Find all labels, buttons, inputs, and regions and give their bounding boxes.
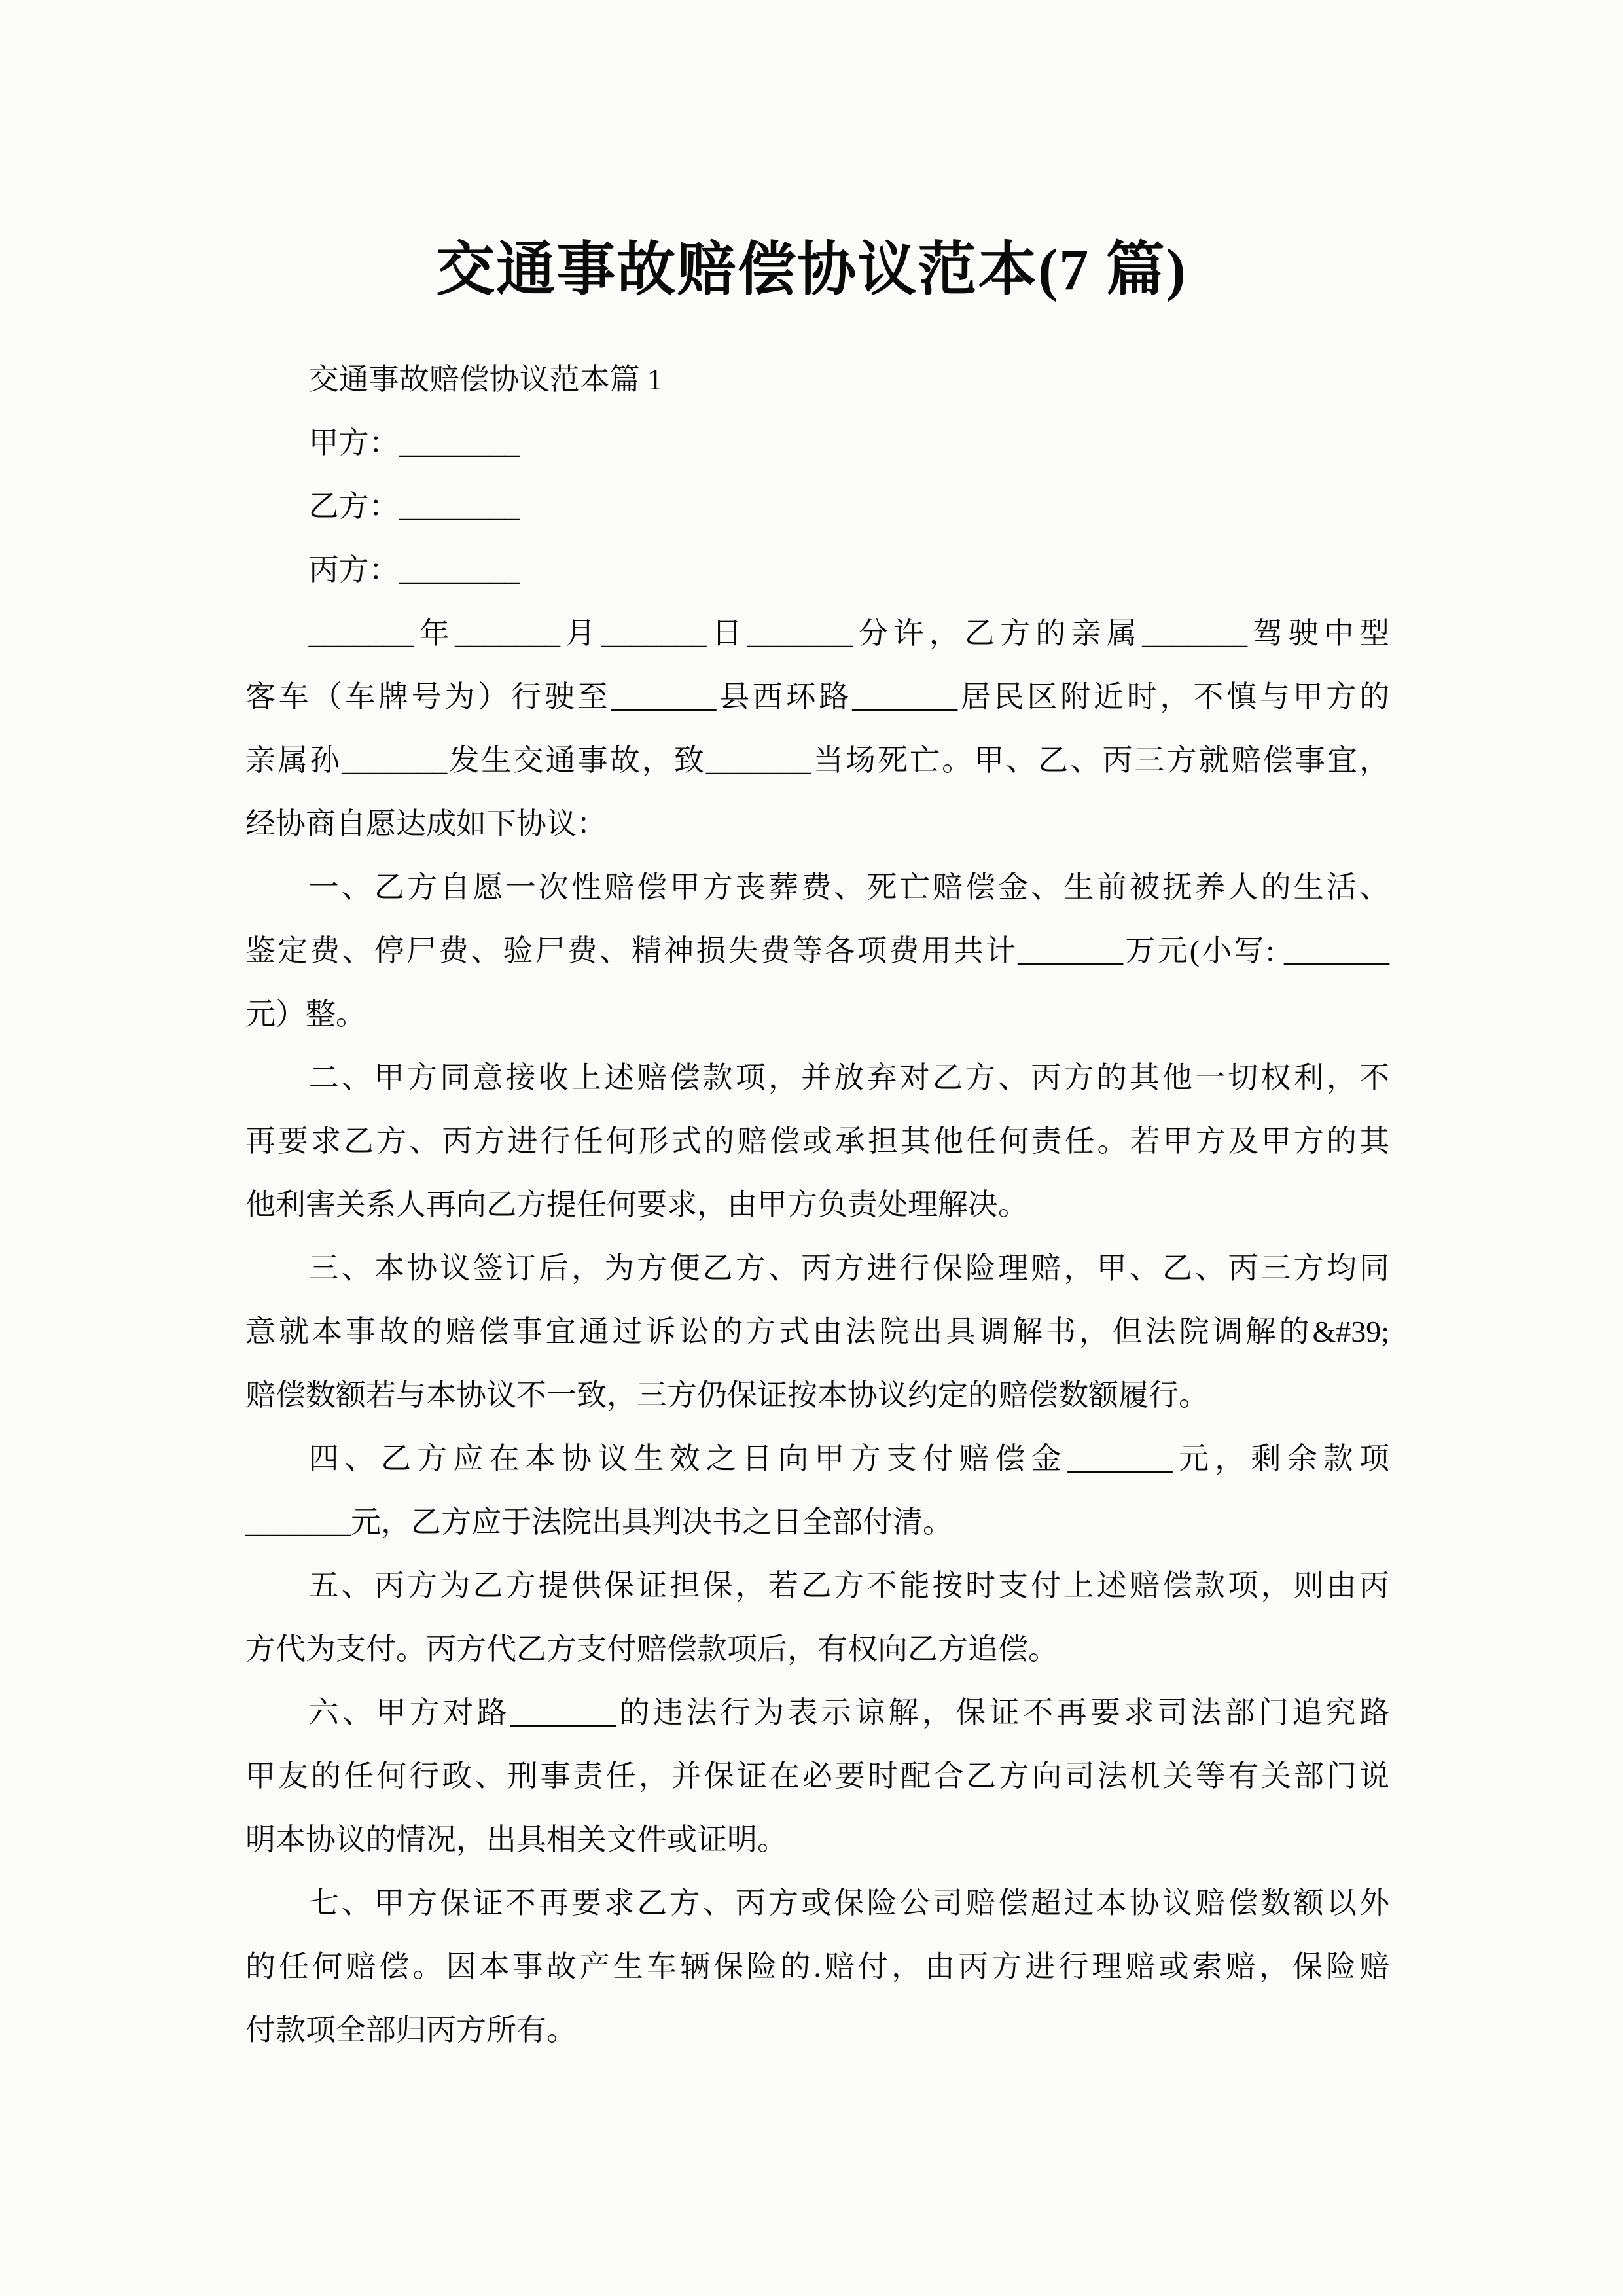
document-body: 交通事故赔偿协议范本篇 1 甲方：________ 乙方：________ 丙方… (245, 348, 1389, 2062)
party-c-line: 丙方：________ (245, 538, 1389, 601)
clause-5-line-2: 方代为支付。丙方代乙方支付赔偿款项后，有权向乙方追偿。 (245, 1617, 1389, 1681)
accident-desc-line-1: _______年_______月_______日_______分许，乙方的亲属_… (245, 601, 1389, 665)
clause-2-line-3: 他利害关系人再向乙方提任何要求，由甲方负责处理解决。 (245, 1173, 1389, 1236)
clause-3-line-3: 赔偿数额若与本协议不一致，三方仍保证按本协议约定的赔偿数额履行。 (245, 1363, 1389, 1427)
clause-3-line-1: 三、本协议签订后，为方便乙方、丙方进行保险理赔，甲、乙、丙三方均同 (245, 1236, 1389, 1300)
clause-7-line-3: 付款项全部归丙方所有。 (245, 1998, 1389, 2062)
accident-desc-line-4: 经协商自愿达成如下协议： (245, 792, 1389, 855)
clause-2-line-1: 二、甲方同意接收上述赔偿款项，并放弃对乙方、丙方的其他一切权利，不 (245, 1046, 1389, 1109)
clause-4-line-1: 四、乙方应在本协议生效之日向甲方支付赔偿金_______元，剩余款项 (245, 1427, 1389, 1490)
clause-6-line-1: 六、甲方对路_______的违法行为表示谅解，保证不再要求司法部门追究路 (245, 1681, 1389, 1744)
clause-2-line-2: 再要求乙方、丙方进行任何形式的赔偿或承担其他任何责任。若甲方及甲方的其 (245, 1109, 1389, 1173)
accident-desc-line-3: 亲属孙_______发生交通事故，致_______当场死亡。甲、乙、丙三方就赔偿… (245, 728, 1389, 792)
accident-desc-line-2: 客车（车牌号为）行驶至_______县西环路_______居民区附近时，不慎与甲… (245, 665, 1389, 728)
clause-1-line-1: 一、乙方自愿一次性赔偿甲方丧葬费、死亡赔偿金、生前被抚养人的生活、 (245, 855, 1389, 919)
page-title: 交通事故赔偿协议范本(7 篇) (0, 241, 1623, 300)
clause-7-line-2: 的任何赔偿。因本事故产生车辆保险的.赔付，由丙方进行理赔或索赔，保险赔 (245, 1935, 1389, 1998)
clause-5-line-1: 五、丙方为乙方提供保证担保，若乙方不能按时支付上述赔偿款项，则由丙 (245, 1554, 1389, 1617)
clause-1-line-2: 鉴定费、停尸费、验尸费、精神损失费等各项费用共计_______万元(小写: __… (245, 919, 1389, 982)
clause-1-line-3: 元）整。 (245, 982, 1389, 1046)
clause-7-line-1: 七、甲方保证不再要求乙方、丙方或保险公司赔偿超过本协议赔偿数额以外 (245, 1871, 1389, 1935)
clause-6-line-3: 明本协议的情况，出具相关文件或证明。 (245, 1808, 1389, 1871)
clause-3-line-2: 意就本事故的赔偿事宜通过诉讼的方式由法院出具调解书，但法院调解的&#39; (245, 1300, 1389, 1363)
party-b-line: 乙方：________ (245, 475, 1389, 538)
clause-6-line-2: 甲友的任何行政、刑事责任，并保证在必要时配合乙方向司法机关等有关部门说 (245, 1744, 1389, 1808)
subtitle-line: 交通事故赔偿协议范本篇 1 (245, 348, 1389, 411)
party-a-line: 甲方：________ (245, 411, 1389, 475)
document-page: 交通事故赔偿协议范本(7 篇) 交通事故赔偿协议范本篇 1 甲方：_______… (0, 0, 1623, 2296)
clause-4-line-2: _______元，乙方应于法院出具判决书之日全部付清。 (245, 1490, 1389, 1554)
